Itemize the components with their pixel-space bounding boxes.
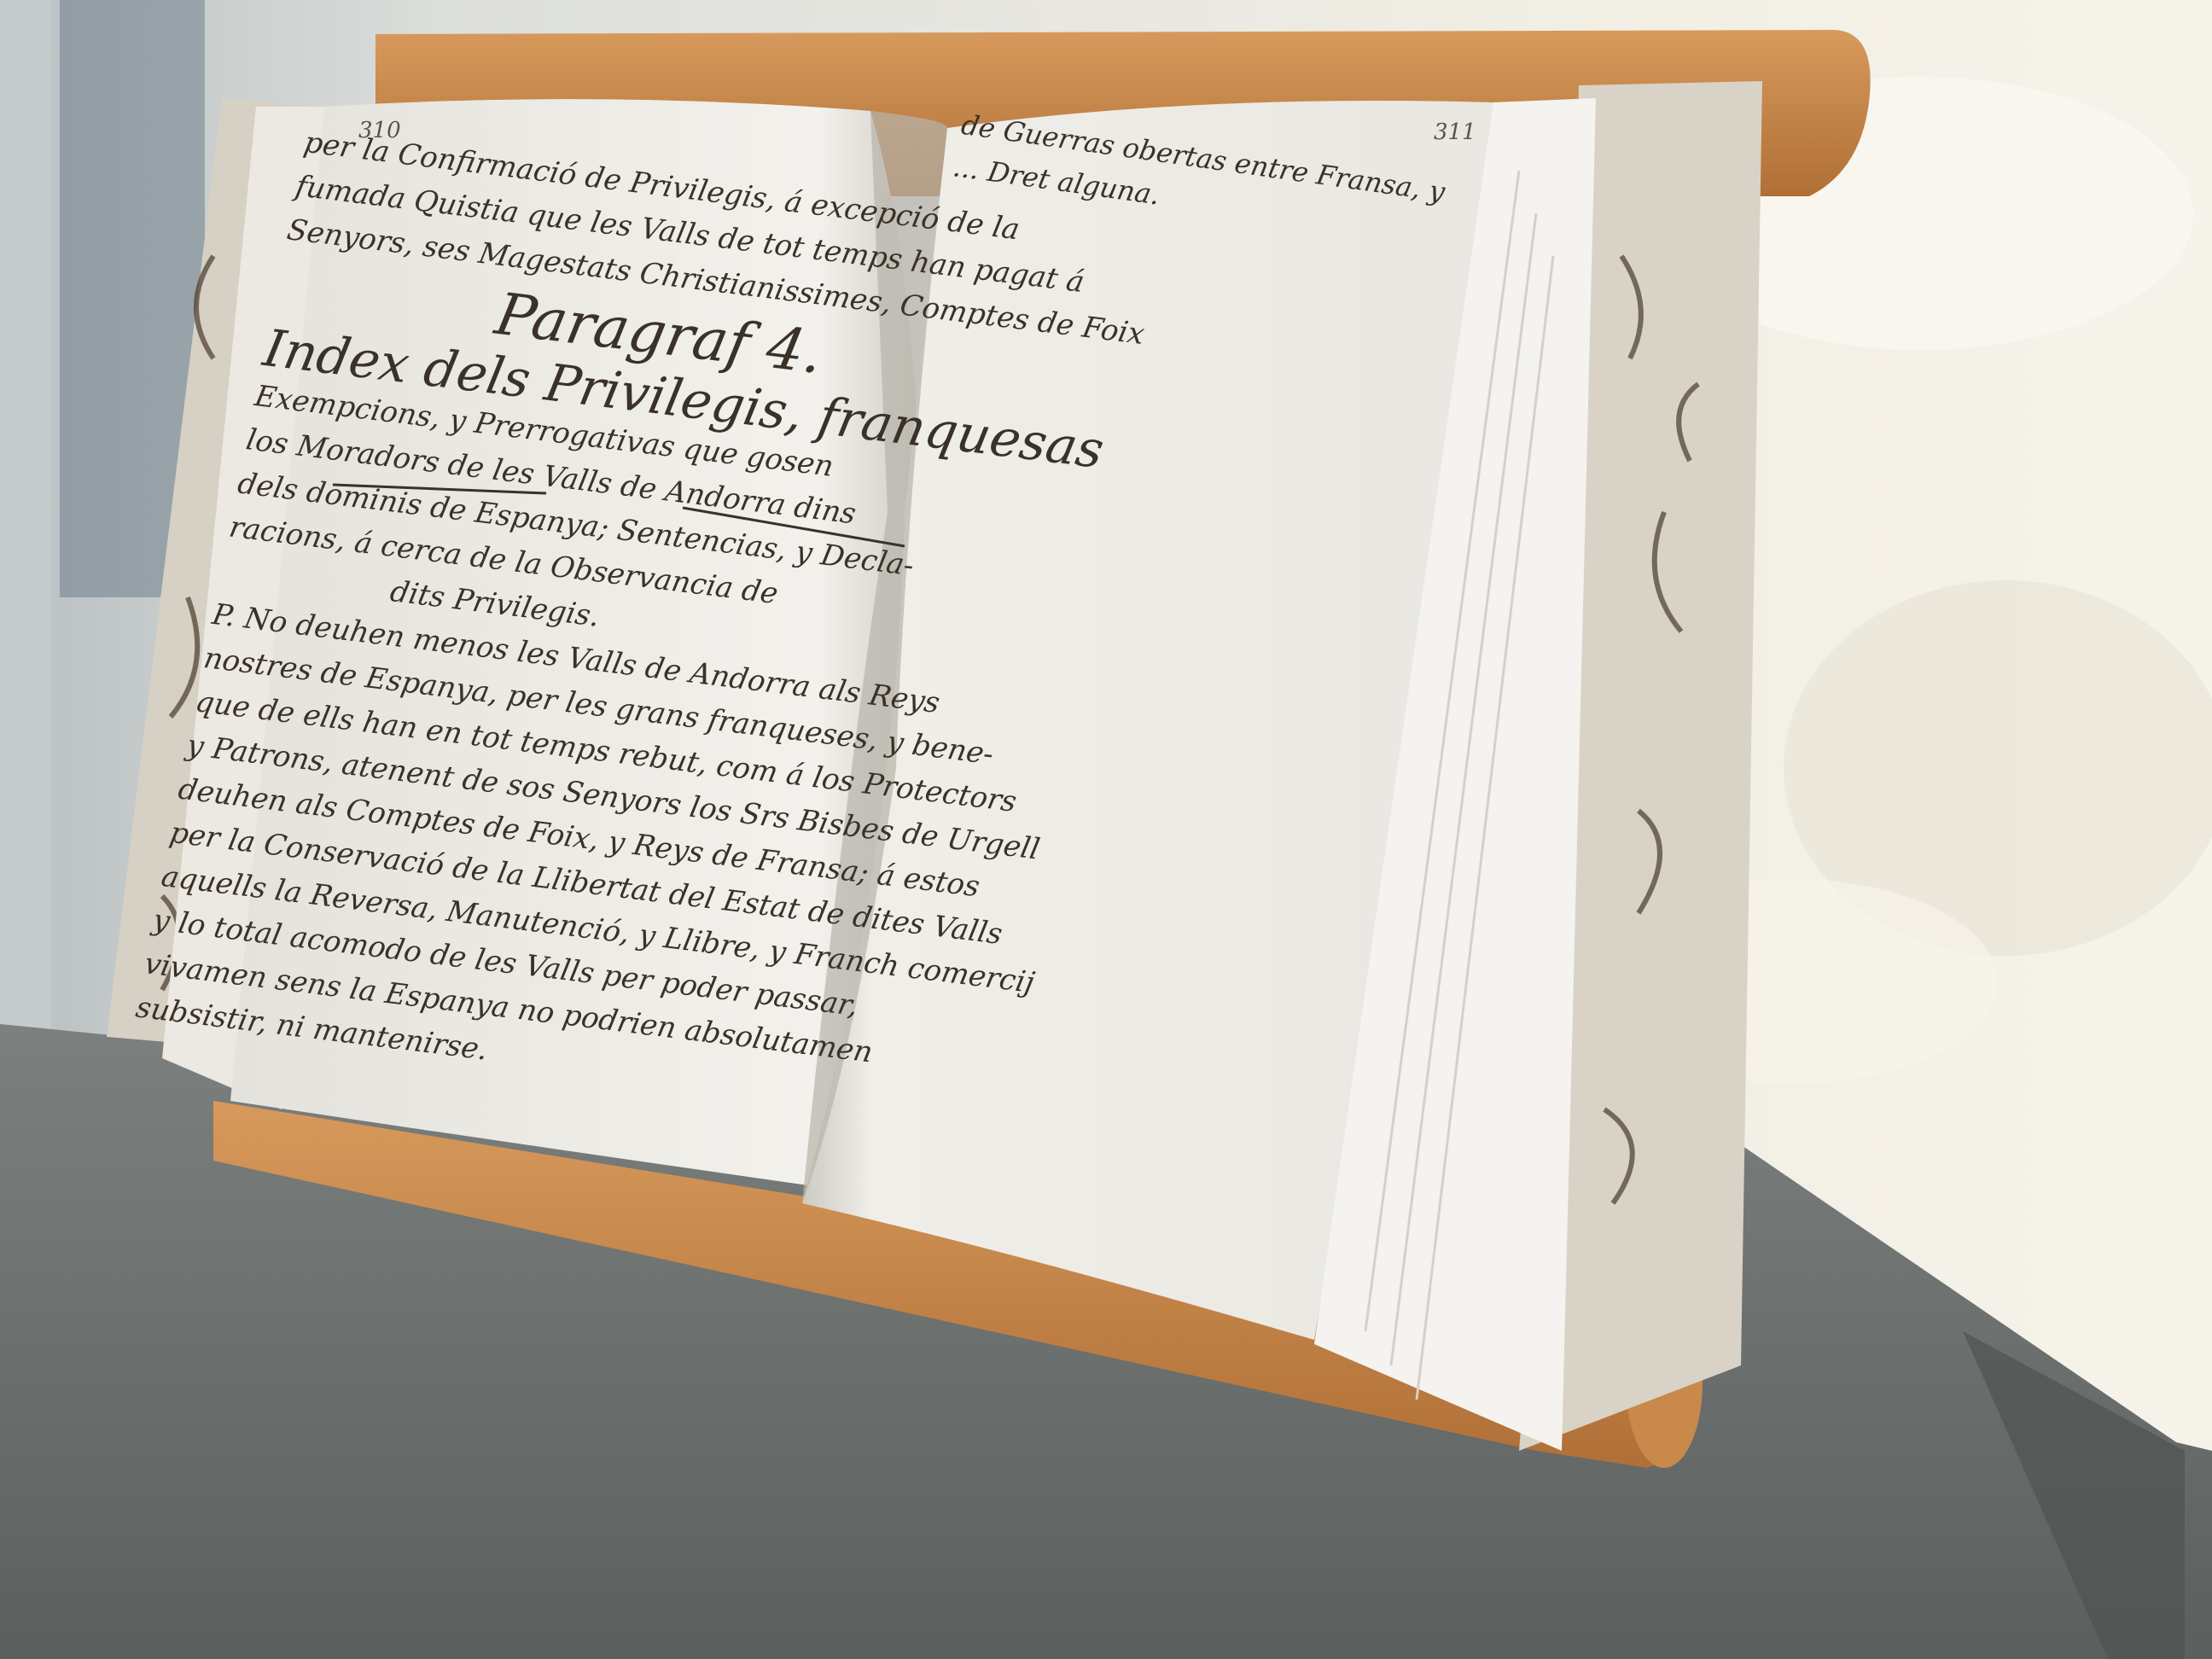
museum-display-scene: 310 311 per la Confirmació de Privilegis… (0, 0, 2212, 1659)
left-page-text: per la Confirmació de Privilegis, á exce… (131, 128, 1179, 1144)
right-page-number: 311 (1434, 119, 1476, 145)
